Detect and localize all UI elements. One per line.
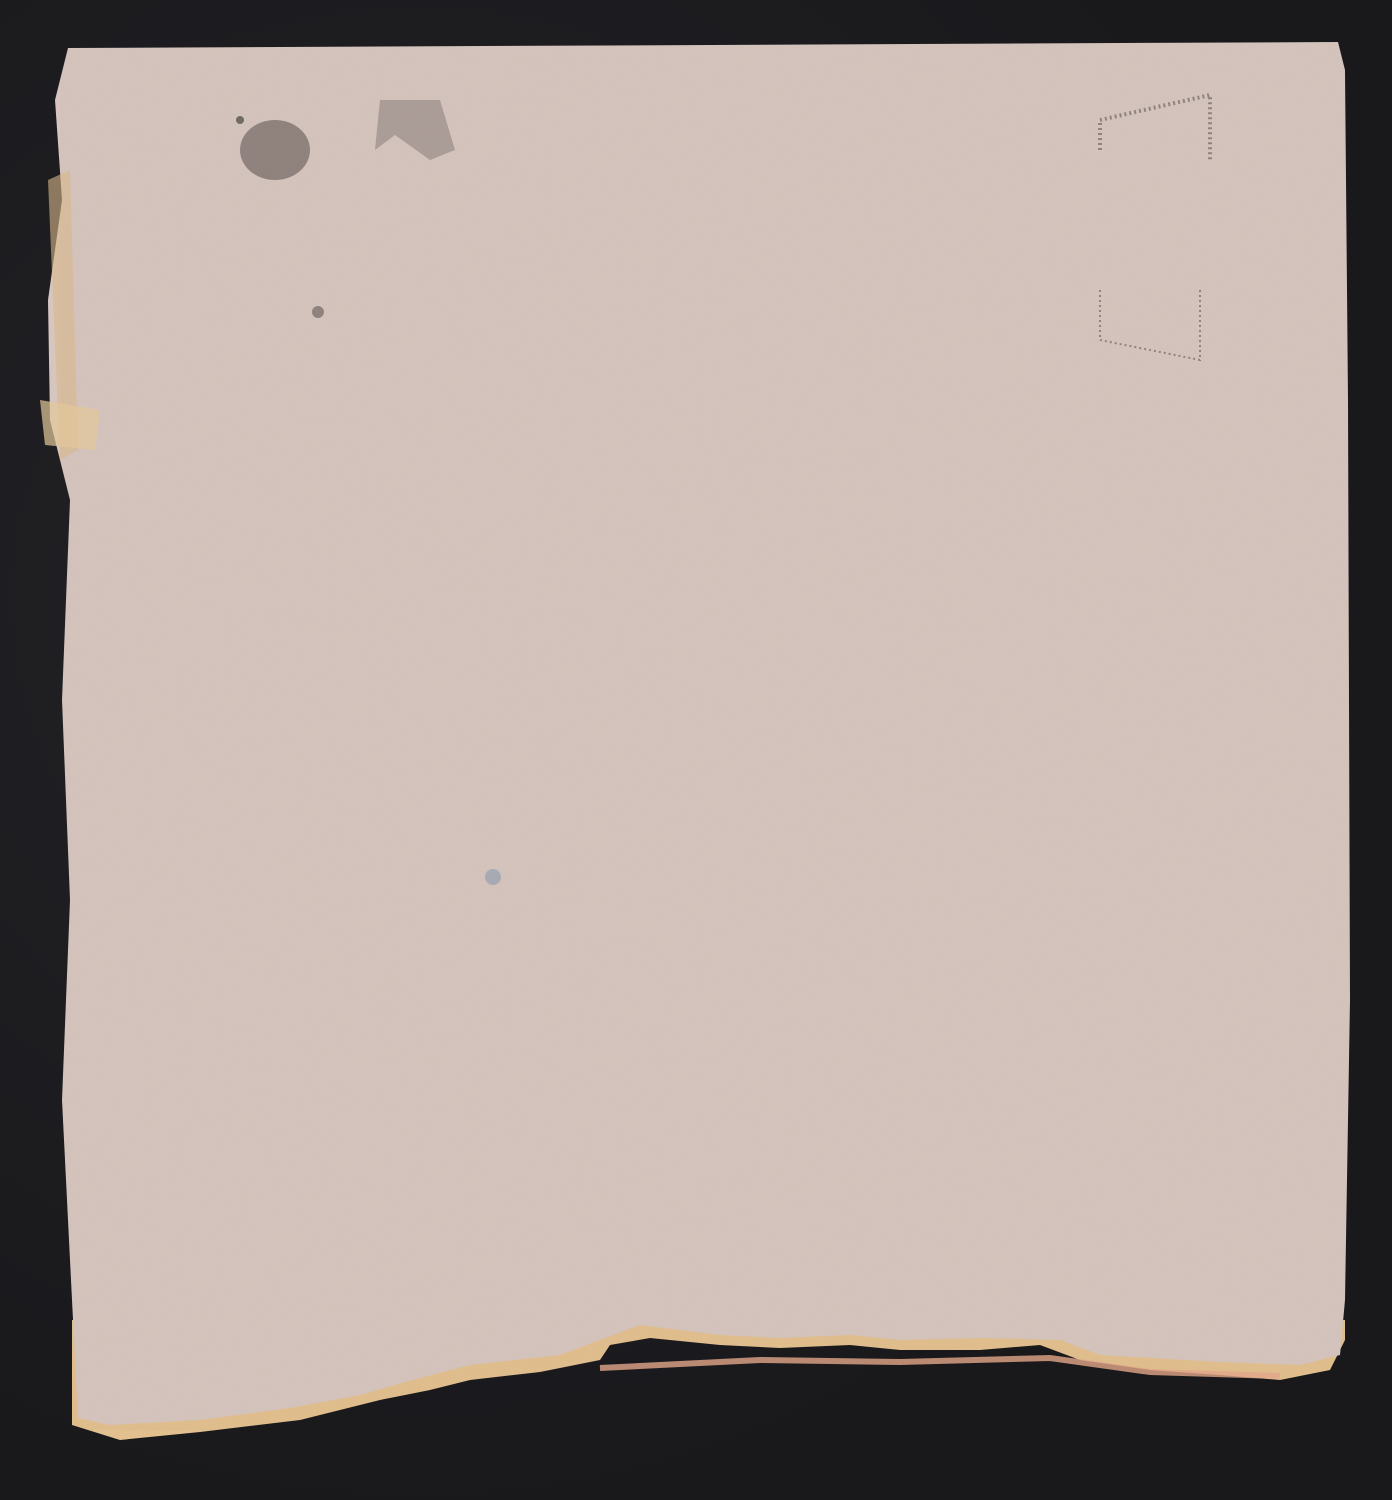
photo-scene xyxy=(0,0,1392,1500)
